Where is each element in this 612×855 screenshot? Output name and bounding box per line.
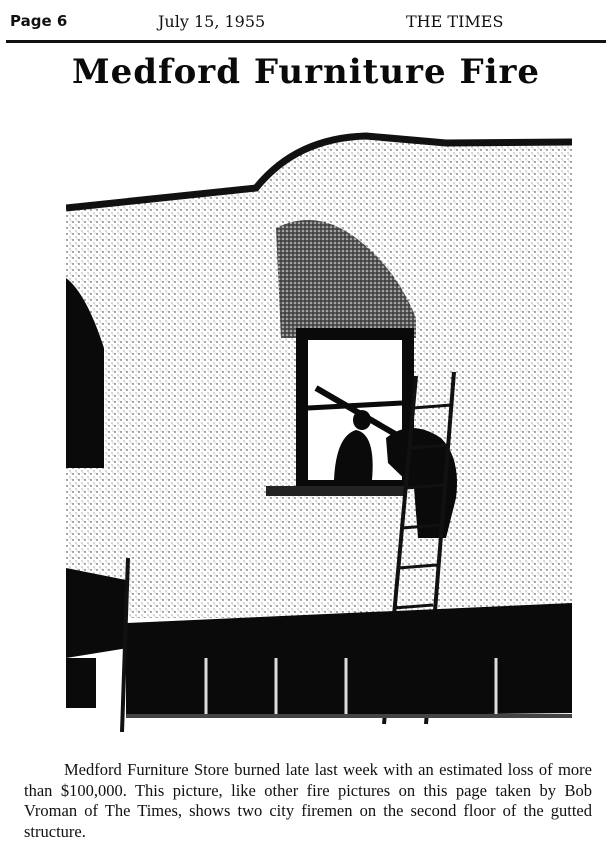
masthead: Page 6 July 15, 1955 THE TIMES <box>6 12 606 34</box>
masthead-rule <box>6 40 606 43</box>
page-number: Page 6 <box>10 12 67 30</box>
newspaper-name: THE TIMES <box>406 12 503 31</box>
news-photo <box>66 118 572 732</box>
photo-caption: Medford Furniture Store burned late last… <box>24 760 592 842</box>
headline: Medford Furniture Fire <box>0 52 612 92</box>
issue-date: July 15, 1955 <box>158 12 265 31</box>
building-photo-illustration <box>66 118 572 732</box>
